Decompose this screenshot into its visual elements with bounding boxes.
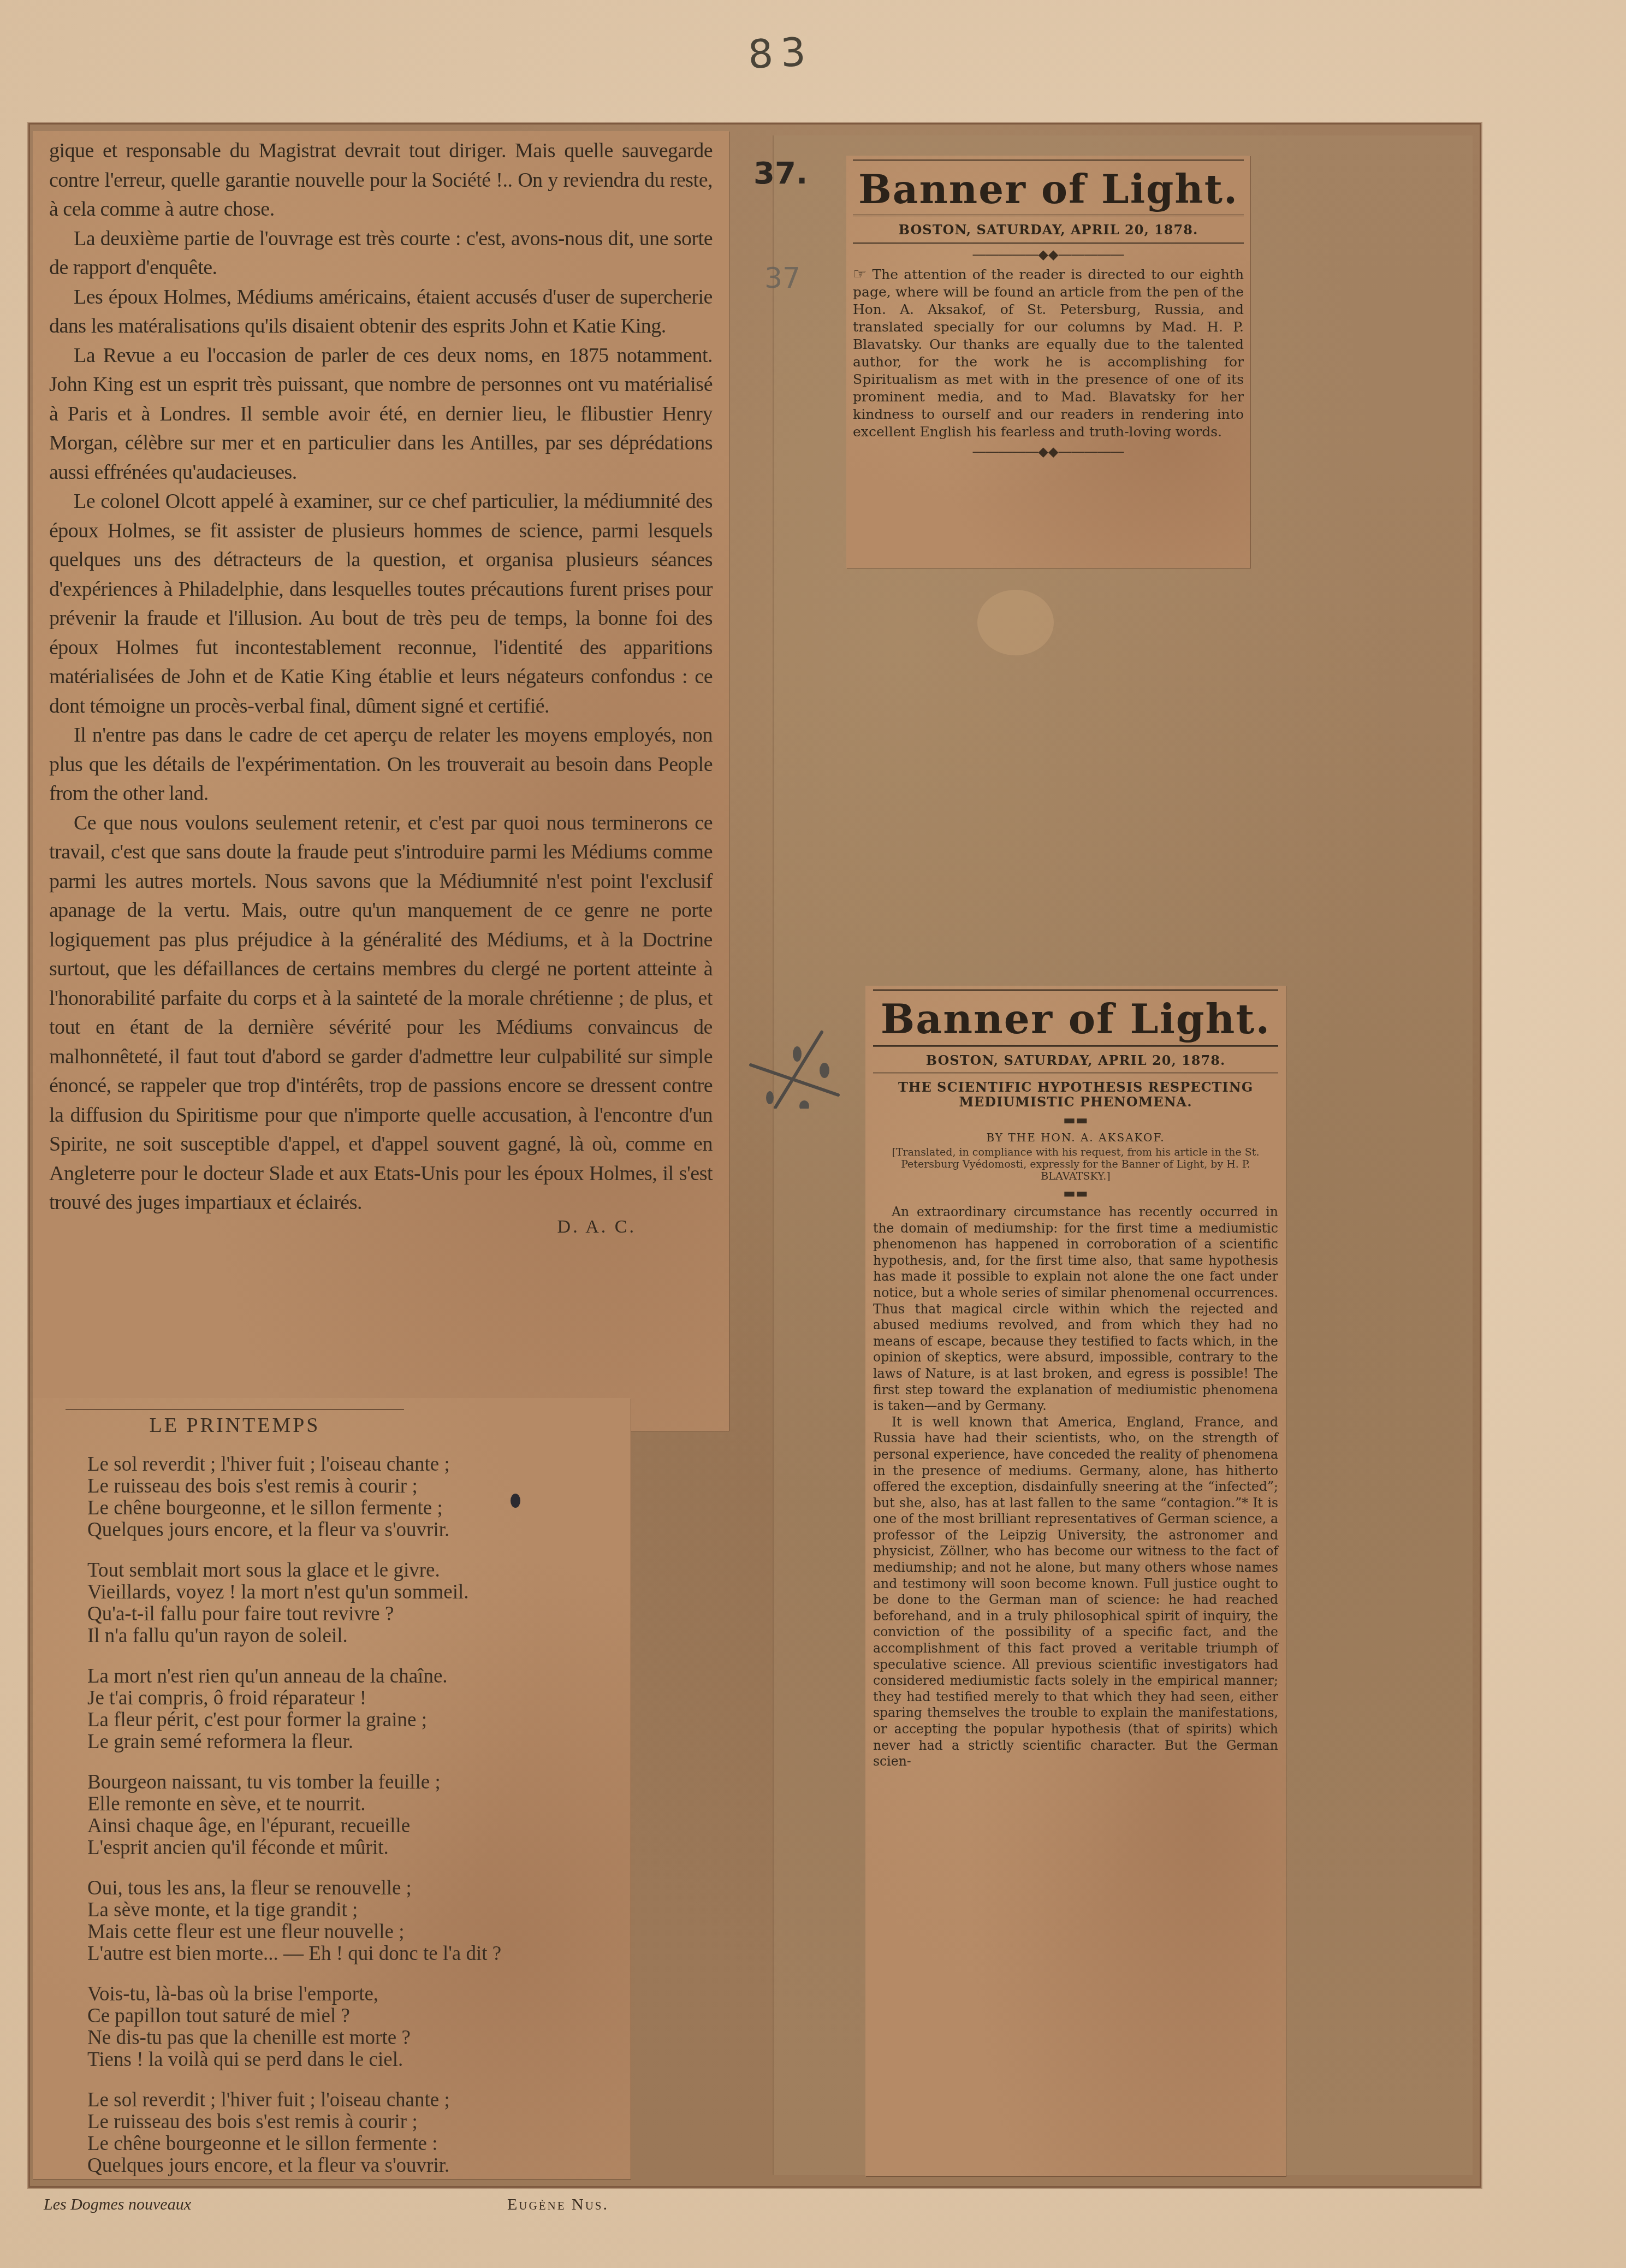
poem-line: Le ruisseau des bois s'est remis à couri… bbox=[87, 1476, 609, 1497]
poem-stanza: Oui, tous les ans, la fleur se renouvell… bbox=[87, 1878, 609, 1965]
article-byline: BY THE HON. A. AKSAKOF. bbox=[873, 1131, 1278, 1144]
poem-line: Quelques jours encore, et la fleur va s'… bbox=[87, 1519, 609, 1541]
page-number: 83 bbox=[747, 28, 815, 78]
article-paragraph: Les époux Holmes, Médiums américains, ét… bbox=[49, 283, 713, 341]
poem-author: Eugène Nus. bbox=[507, 2195, 609, 2214]
short-rule: ▬▬ bbox=[873, 1112, 1278, 1128]
article-paragraph: Ce que nous voulons seulement retenir, e… bbox=[49, 809, 713, 1218]
pencil-cross-mark-icon bbox=[740, 1016, 849, 1109]
poem-line: La sève monte, et la tige grandit ; bbox=[87, 1899, 609, 1921]
translator-note: [Translated, in compliance with his requ… bbox=[879, 1146, 1273, 1182]
dateline: BOSTON, SATURDAY, APRIL 20, 1878. bbox=[853, 216, 1244, 244]
banner-notice-clipping: Banner of Light. BOSTON, SATURDAY, APRIL… bbox=[846, 156, 1250, 568]
poem-stanza: Vois-tu, là-bas où la brise l'emporte, C… bbox=[87, 1983, 609, 2071]
poem-line: Oui, tous les ans, la fleur se renouvell… bbox=[87, 1878, 609, 1899]
banner-article-clipping: Banner of Light. BOSTON, SATURDAY, APRIL… bbox=[865, 986, 1286, 2176]
water-stain bbox=[977, 590, 1054, 655]
poem-stanza: La mort n'est rien qu'un anneau de la ch… bbox=[87, 1666, 609, 1753]
poem-stanza: Le sol reverdit ; l'hiver fuit ; l'oisea… bbox=[87, 1454, 609, 1541]
poem-line: Le chêne bourgeonne et le sillon ferment… bbox=[87, 2133, 609, 2155]
poem-line: Ne dis-tu pas que la chenille est morte … bbox=[87, 2027, 609, 2049]
article-paragraph: La Revue a eu l'occasion de parler de ce… bbox=[49, 341, 713, 488]
article-paragraph: An extraordinary circumstance has recent… bbox=[873, 1204, 1278, 1414]
article-paragraph: La deuxième partie de l'ouvrage est très… bbox=[49, 224, 713, 283]
poem-line: Quelques jours encore, et la fleur va s'… bbox=[87, 2155, 609, 2177]
handwritten-mark-37-ink: 37. bbox=[753, 156, 808, 191]
article-paragraph: Le colonel Olcott appelé à examiner, sur… bbox=[49, 487, 713, 721]
poem-line: Le grain semé reformera la fleur. bbox=[87, 1731, 609, 1753]
poem-line: Tout semblait mort sous la glace et le g… bbox=[87, 1560, 609, 1582]
poem-source: Les Dogmes nouveaux bbox=[44, 2195, 191, 2214]
poem-line: Ce papillon tout saturé de miel ? bbox=[87, 2005, 609, 2027]
poem-line: Vois-tu, là-bas où la brise l'emporte, bbox=[87, 1983, 609, 2005]
poem-stanza: Le sol reverdit ; l'hiver fuit ; l'oisea… bbox=[87, 2089, 609, 2177]
french-article-clipping: gique et responsable du Magistrat devrai… bbox=[33, 131, 729, 1431]
poem-title: LE PRINTEMPS bbox=[66, 1409, 404, 1437]
poem-line: Le ruisseau des bois s'est remis à couri… bbox=[87, 2111, 609, 2133]
poem-footer: Les Dogmes nouveaux Eugène Nus. bbox=[44, 2195, 609, 2214]
article-paragraph: Il n'entre pas dans le cadre de cet aper… bbox=[49, 721, 713, 809]
ornament-divider: ―――――◆◆――――― bbox=[853, 444, 1244, 459]
poem-line: Vieillards, voyez ! la mort n'est qu'un … bbox=[87, 1582, 609, 1603]
ink-spot bbox=[511, 1494, 520, 1508]
poem-line: Ainsi chaque âge, en l'épurant, recueill… bbox=[87, 1815, 609, 1837]
poem-line: Bourgeon naissant, tu vis tomber la feui… bbox=[87, 1772, 609, 1793]
article-paragraph: It is well known that America, England, … bbox=[873, 1414, 1278, 1770]
poem-line: Le sol reverdit ; l'hiver fuit ; l'oisea… bbox=[87, 1454, 609, 1476]
poem-line: La fleur périt, c'est pour former la gra… bbox=[87, 1709, 609, 1731]
ornament-divider: ―――――◆◆――――― bbox=[853, 247, 1244, 262]
pointing-hand-icon: ☞ bbox=[853, 265, 867, 283]
notice-body: ☞ The attention of the reader is directe… bbox=[853, 265, 1244, 441]
poem-line: La mort n'est rien qu'un anneau de la ch… bbox=[87, 1666, 609, 1687]
poem-line: L'esprit ancien qu'il féconde et mûrit. bbox=[87, 1837, 609, 1859]
masthead: Banner of Light. bbox=[873, 989, 1278, 1047]
poem-line: Mais cette fleur est une fleur nouvelle … bbox=[87, 1921, 609, 1943]
poem-line: Qu'a-t-il fallu pour faire tout revivre … bbox=[87, 1603, 609, 1625]
poem-line: Je t'ai compris, ô froid réparateur ! bbox=[87, 1687, 609, 1709]
poem-clipping: LE PRINTEMPS Le sol reverdit ; l'hiver f… bbox=[33, 1398, 631, 2179]
poem-line: Le chêne bourgeonne, et le sillon fermen… bbox=[87, 1497, 609, 1519]
poem-line: Il n'a fallu qu'un rayon de soleil. bbox=[87, 1625, 609, 1647]
poem-line: Tiens ! la voilà qui se perd dans le cie… bbox=[87, 2049, 609, 2071]
poem-stanza: Tout semblait mort sous la glace et le g… bbox=[87, 1560, 609, 1647]
notice-text: The attention of the reader is directed … bbox=[853, 267, 1244, 440]
masthead: Banner of Light. bbox=[853, 159, 1244, 216]
poem-line: Elle remonte en sève, et te nourrit. bbox=[87, 1793, 609, 1815]
short-rule: ▬▬ bbox=[873, 1186, 1278, 1201]
poem-stanza: Bourgeon naissant, tu vis tomber la feui… bbox=[87, 1772, 609, 1859]
dateline: BOSTON, SATURDAY, APRIL 20, 1878. bbox=[873, 1047, 1278, 1074]
handwritten-mark-37-pencil: 37 bbox=[764, 262, 800, 295]
article-body: An extraordinary circumstance has recent… bbox=[873, 1204, 1278, 1770]
article-headline: THE SCIENTIFIC HYPOTHESIS RESPECTING MED… bbox=[884, 1080, 1267, 1109]
article-paragraph: gique et responsable du Magistrat devrai… bbox=[49, 137, 713, 224]
poem-line: Le sol reverdit ; l'hiver fuit ; l'oisea… bbox=[87, 2089, 609, 2111]
poem-line: L'autre est bien morte... — Eh ! qui don… bbox=[87, 1943, 609, 1965]
